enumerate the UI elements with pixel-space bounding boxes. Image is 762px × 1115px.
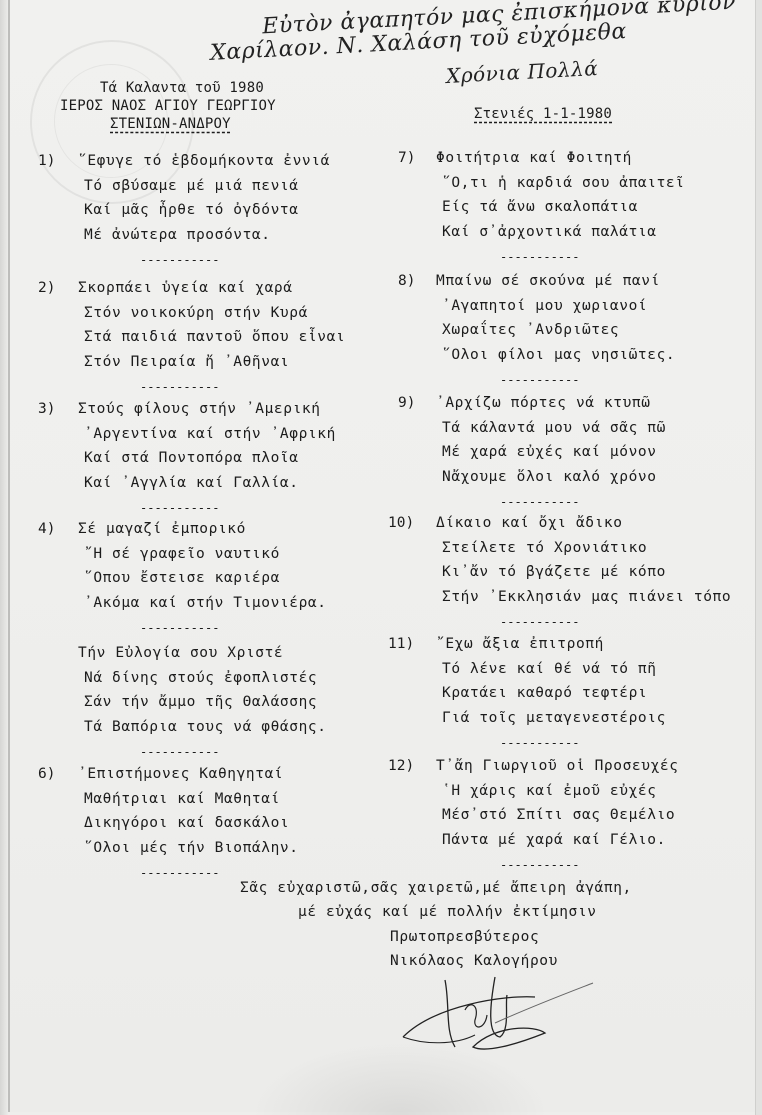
stanza-line: Κρατάει καθαρό τεφτέρι [442, 685, 647, 701]
stanza-line: ῞Ο,τι ἡ καρδιά σου ἀπαιτεῖ [442, 175, 685, 191]
stanza-number: 3) [38, 401, 55, 417]
stanza-separator: ----------- [140, 253, 219, 267]
stanza-line: Σκορπάει ὑγεία καί χαρά [78, 280, 293, 296]
stanza-line: ᾿Επιστήμονες Καθηγηταί [78, 766, 283, 782]
stanza-line: Είς τά ἄνω σκαλοπάτια [442, 199, 638, 215]
stanza-separator: ----------- [140, 866, 219, 880]
page-right-edge [755, 0, 762, 1115]
stanza-line: ῞Εφυγε τό ἑβδομήκοντα ἐννιά [78, 153, 330, 169]
signatory-title: Πρωτοπρεσβύτερος [390, 929, 539, 945]
stanza-line: Τήν Εὐλογία σου Χριστέ [78, 645, 283, 661]
stanza-line: Τό λένε καί θέ νά τό πῆ [442, 661, 657, 677]
stanza-number: 11) [388, 636, 414, 652]
stanza-number: 9) [398, 395, 415, 411]
stanza-separator: ----------- [500, 495, 579, 509]
stanza-separator: ----------- [140, 380, 219, 394]
stanza-line: Δίκαιο καί ὄχι ἄδικο [436, 515, 623, 531]
stanza-separator: ----------- [500, 250, 579, 264]
stanza-separator: ----------- [140, 501, 219, 515]
page-binding-edge [0, 0, 8, 1115]
stanza-line: Χωραΐτες ᾿Ανδριῶτες [442, 322, 619, 338]
stanza-number: 4) [38, 521, 55, 537]
stanza-line: ῎Η σέ γραφεῖο ναυτικό [84, 546, 280, 562]
stanza-separator: ----------- [500, 736, 579, 750]
stanza-line: Μέ χαρά εὐχές καί μόνον [442, 444, 657, 460]
signatory-name: Νικόλαος Καλογήρου [390, 953, 558, 969]
stanza-line: Φοιτήτρια καί Φοιτητή [436, 150, 632, 166]
stanza-line: Καί ᾿Αγγλία καί Γαλλία. [84, 475, 299, 491]
stanza-line: Στείλετε τό Χρονιάτικο [442, 540, 647, 556]
stanza-line: Καί στά Ποντοπόρα πλοῖα [84, 450, 299, 466]
stanza-line: ᾿Αρχίζω πόρτες νά κτυπῶ [436, 395, 651, 411]
stanza-line: Καί σ᾿ἀρχοντικά παλάτια [442, 224, 657, 240]
stanza-line: ῞Οπου ἔστεισε καριέρα [84, 570, 280, 586]
stanza-line: ῾Η χάρις καί ἐμοῦ εὐχές [442, 783, 657, 799]
stanza-line: Τά κάλαντά μου νά σᾶς πῶ [442, 420, 666, 436]
stanza-line: Μέ ἀνώτερα προσόντα. [84, 227, 271, 243]
stanza-line: Σέ μαγαζί ἐμπορικό [78, 521, 246, 537]
stanza-separator: ----------- [140, 621, 219, 635]
stanza-line: ῎Εχω ἄξια ἐπιτροπή [436, 636, 604, 652]
stanza-number: 2) [38, 280, 55, 296]
stanza-line: Μαθήτριαι καί Μαθηταί [84, 791, 280, 807]
stanza-separator: ----------- [500, 858, 579, 872]
church-name: ΙΕΡΟΣ ΝΑΟΣ ΑΓΙΟΥ ΓΕΩΡΓΙΟΥ [60, 98, 276, 114]
stanza-line: Στήν ᾿Εκκλησιάν μας πιάνει τόπο [442, 589, 731, 605]
stanza-line: Στόν νοικοκύρη στήν Κυρά [84, 305, 308, 321]
stanza-number: 1) [38, 153, 55, 169]
stanza-separator: ----------- [500, 615, 579, 629]
stanza-line: ᾿Αγαπητοί μου χωριανοί [442, 298, 647, 314]
stanza-line: ῞Ολοι φίλοι μας νησιῶτες. [442, 347, 675, 363]
stanza-line: Σάν τήν ἄμμο τῆς Θαλάσσης [84, 694, 317, 710]
stanza-line: Τά Βαπόρια τους νά φθάσης. [84, 719, 327, 735]
stanza-number: 6) [38, 766, 55, 782]
stanza-line: Στά παιδιά παντοῦ ὅπου εἶναι [84, 329, 345, 345]
closing-wishes: μέ εὐχάς καί μέ πολλήν ἐκτίμησιν [298, 904, 597, 920]
stanza-number: 7) [398, 150, 415, 166]
stanza-separator: ----------- [500, 373, 579, 387]
stanza-line: Δικηγόροι καί δασκάλοι [84, 815, 289, 831]
place-date: Στενιές 1-1-1980 [474, 106, 612, 122]
stanza-line: Στόν Πειραία ἤ ᾿Αθῆναι [84, 354, 289, 370]
stanza-line: Μπαίνω σέ σκούνα μέ πανί [436, 273, 660, 289]
stanza-line: Καί μᾶς ἦρθε τό ὀγδόντα [84, 202, 299, 218]
stanza-separator: ----------- [140, 745, 219, 759]
signature [395, 975, 595, 1055]
carol-title: Τά Καλαντα τοῦ 1980 [100, 80, 264, 96]
stanza-line: ῞Ολοι μές τήν Βιοπάλην. [84, 840, 299, 856]
stanza-line: Πάντα μέ χαρά καί Γέλιο. [442, 832, 666, 848]
stanza-number: 10) [388, 515, 414, 531]
stanza-number: 12) [388, 758, 414, 774]
stanza-line: Στούς φίλους στήν ᾿Αμερική [78, 401, 321, 417]
stanza-line: ᾿Αργεντίνα καί στήν ᾿Αφρική [84, 426, 336, 442]
stanza-line: Τό σβύσαμε μέ μιά πενιά [84, 178, 299, 194]
stanza-line: ᾿Ακόμα καί στήν Τιμονιέρα. [84, 595, 327, 611]
stanza-number: 8) [398, 273, 415, 289]
stanza-line: Γιά τοῖς μεταγενεστέροις [442, 710, 666, 726]
stanza-line: Νά δίνης στούς ἐφοπλιστές [84, 670, 317, 686]
closing-thanks: Σᾶς εὐχαριστῶ,σᾶς χαιρετῶ,μέ ἄπειρη ἀγάπ… [240, 880, 632, 896]
stanza-line: Νἄχουμε ὅλοι καλό χρόνο [442, 469, 657, 485]
church-location: ΣΤΕΝΙΩΝ-ΑΝΔΡΟΥ [110, 116, 231, 132]
stanza-line: Τ᾿ἄη Γιωργιοῦ οἱ Προσευχές [436, 758, 679, 774]
stanza-line: Μέσ᾿στό Σπίτι σας Θεμέλιο [442, 807, 675, 823]
stanza-line: Κι᾿ἄν τό βγάζετε μέ κόπο [442, 564, 666, 580]
